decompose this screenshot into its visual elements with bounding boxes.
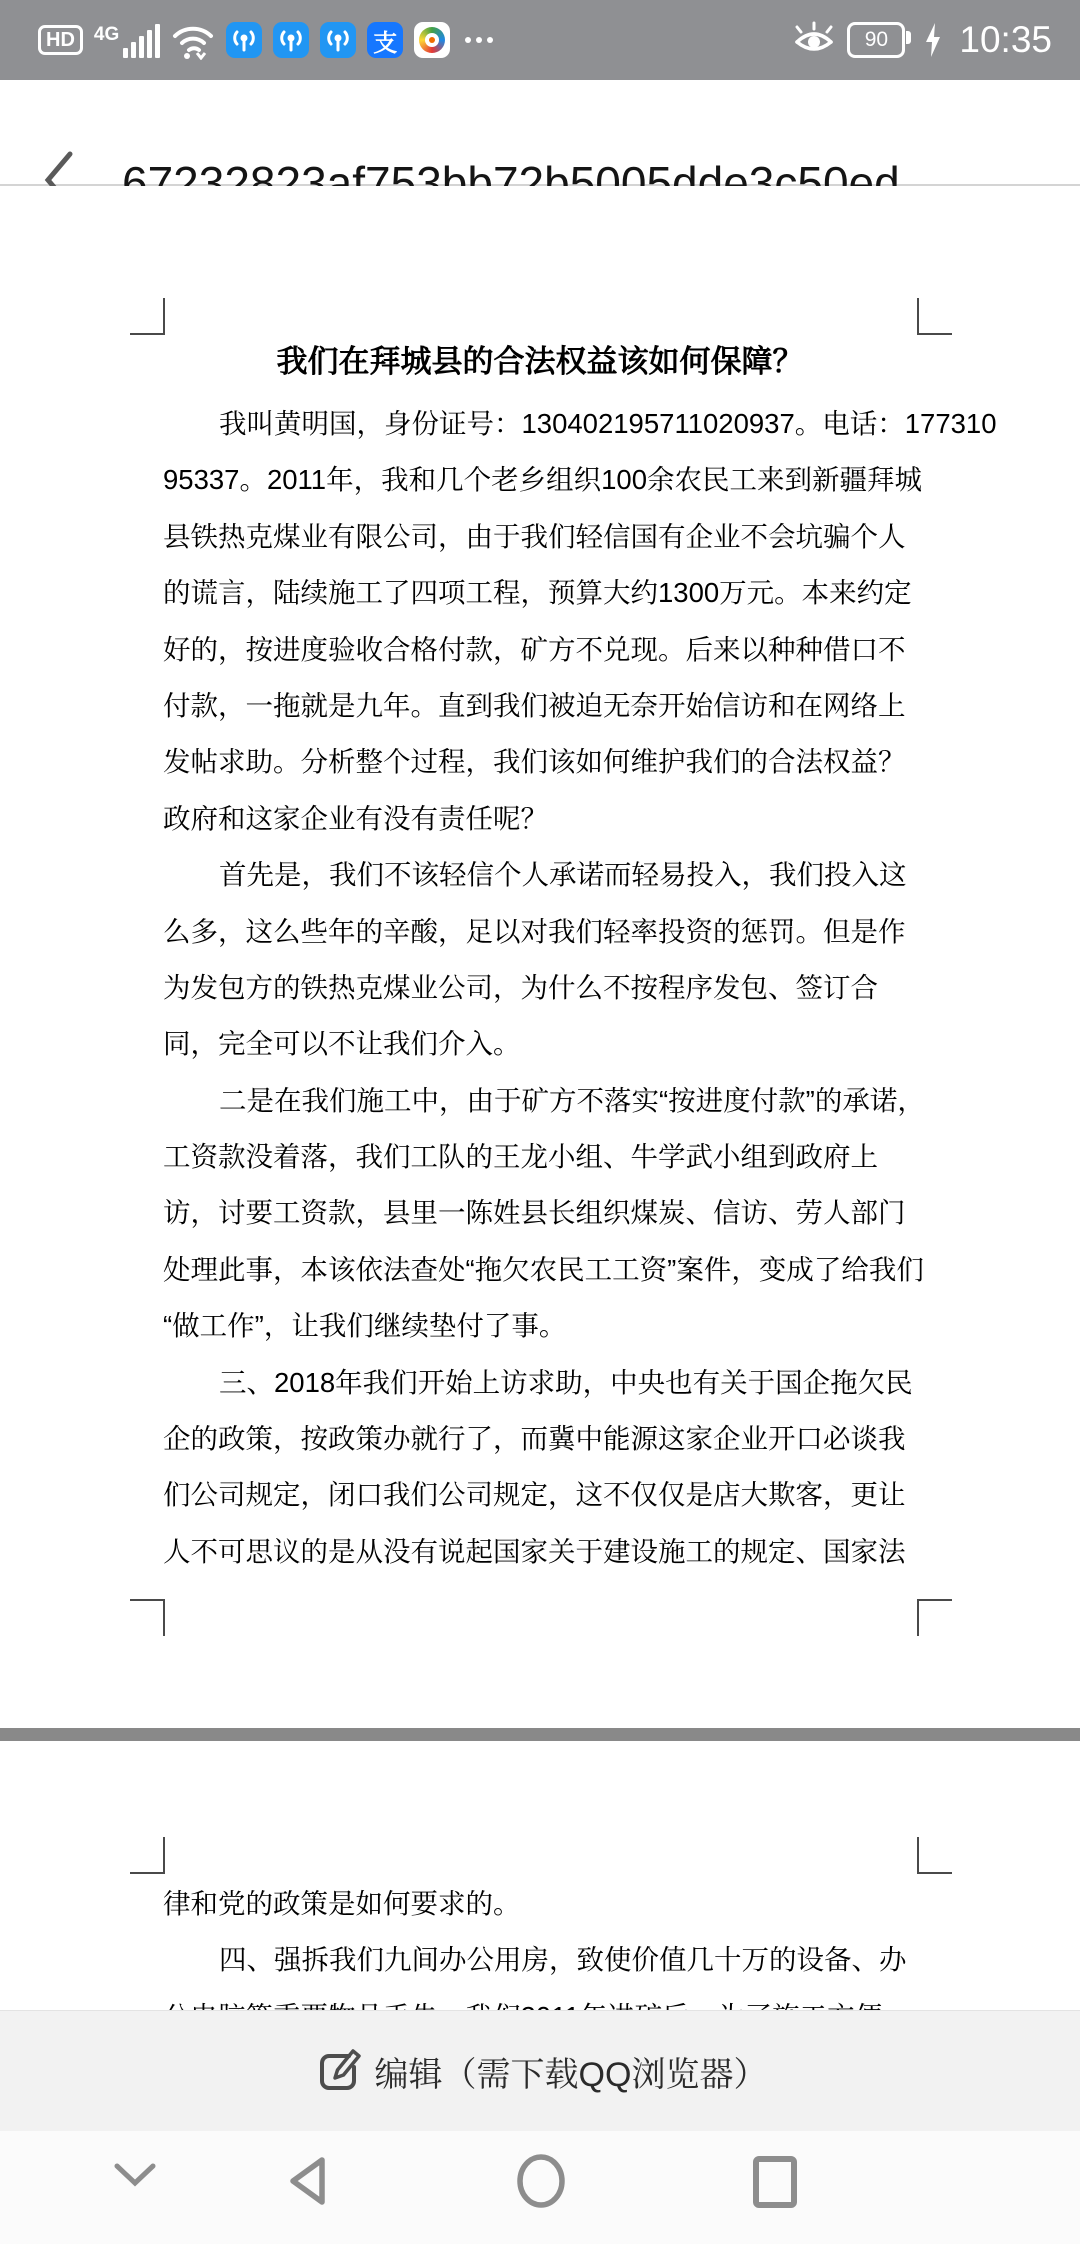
crop-mark xyxy=(917,1599,952,1636)
hotspot-icon xyxy=(226,22,262,58)
eye-protection-icon xyxy=(791,20,837,60)
document-title: 我们在拜城县的合法权益该如何保障？ xyxy=(163,336,917,381)
charging-bolt-icon xyxy=(923,22,943,58)
status-bar-right: 90 10:35 xyxy=(791,19,1080,61)
crop-mark xyxy=(917,298,952,335)
hotspot-icon xyxy=(320,22,356,58)
battery-level: 90 xyxy=(865,28,888,52)
back-triangle-icon[interactable] xyxy=(284,2153,332,2209)
document-line: 么多，这么些年的辛酸，足以对我们轻率投资的惩罚。但是作 xyxy=(163,904,923,960)
document-line: 处理此事，本该依法查处“拖欠农民工工资”案件，变成了给我们 xyxy=(163,1242,923,1298)
home-circle-icon[interactable] xyxy=(514,2153,568,2209)
wifi-icon xyxy=(171,20,215,60)
document-line: 发帖求助。分析整个过程，我们该如何维护我们的合法权益？ xyxy=(163,734,923,790)
phone-screen: HD 4G xyxy=(0,0,1080,2244)
document-line: 我叫黄明国，身份证号：130402195711020937。电话：177310 xyxy=(163,396,923,452)
page1-body: 我叫黄明国，身份证号：130402195711020937。电话：1773109… xyxy=(163,396,923,1580)
alipay-icon: 支 xyxy=(367,22,403,58)
document-line: 三、2018年我们开始上访求助，中央也有关于国企拖欠民 xyxy=(163,1355,923,1411)
page-separator xyxy=(0,1728,1080,1741)
document-line: 95337。2011年，我和几个老乡组织100余农民工来到新疆拜城 xyxy=(163,452,923,508)
edit-toolbar[interactable]: 编辑（需下载QQ浏览器） xyxy=(0,2010,1080,2132)
hotspot-icon xyxy=(273,22,309,58)
signal-bars-icon: 4G xyxy=(94,22,160,58)
document-line: 的谎言，陆续施工了四项工程，预算大约1300万元。本来约定 xyxy=(163,565,923,621)
document-line: 县铁热克煤业有限公司，由于我们轻信国有企业不会坑骗个人 xyxy=(163,509,923,565)
document-line: 人不可思议的是从没有说起国家关于建设施工的规定、国家法 xyxy=(163,1524,923,1580)
document-line: “做工作”，让我们继续垫付了事。 xyxy=(163,1298,923,1354)
document-line: 二是在我们施工中，由于矿方不落实“按进度付款”的承诺， xyxy=(163,1073,923,1129)
document-line: 企的政策，按政策办就行了，而冀中能源这家企业开口必谈我 xyxy=(163,1411,923,1467)
document-line: 四、强拆我们九间办公用房，致使价值几十万的设备、办 xyxy=(163,1932,923,1988)
hide-navbar-chevron-icon[interactable] xyxy=(112,2161,158,2189)
qq-browser-icon xyxy=(414,22,450,58)
status-bar: HD 4G xyxy=(0,0,1080,80)
document-line: 为发包方的铁热克煤业公司，为什么不按程序发包、签订合 xyxy=(163,960,923,1016)
battery-icon: 90 xyxy=(847,22,905,58)
status-bar-left: HD 4G xyxy=(0,20,493,60)
document-line: 访，讨要工资款，县里一陈姓县长组织煤炭、信访、劳人部门 xyxy=(163,1185,923,1241)
status-time: 10:35 xyxy=(959,19,1052,61)
document-line: 律和党的政策是如何要求的。 xyxy=(163,1876,923,1932)
network-type-label: 4G xyxy=(94,25,119,44)
edit-compose-icon xyxy=(313,2046,365,2098)
document-line: 付款，一拖就是九年。直到我们被迫无奈开始信访和在网络上 xyxy=(163,678,923,734)
document-line: 们公司规定，闭口我们公司规定，这不仅仅是店大欺客，更让 xyxy=(163,1467,923,1523)
crop-mark xyxy=(130,1837,165,1874)
app-header: 67232823af753bb72b5005dde3c50ed... QQ浏览器… xyxy=(0,80,1080,186)
document-line: 工资款没着落，我们工队的王龙小组、牛学武小组到政府上 xyxy=(163,1129,923,1185)
document-line: 政府和这家企业有没有责任呢？ xyxy=(163,791,923,847)
more-dots-icon xyxy=(465,37,493,43)
document-line: 首先是，我们不该轻信个人承诺而轻易投入，我们投入这 xyxy=(163,847,923,903)
recents-square-icon[interactable] xyxy=(752,2155,798,2209)
document-line: 好的，按进度验收合格付款，矿方不兑现。后来以种种借口不 xyxy=(163,622,923,678)
document-viewer[interactable]: 我们在拜城县的合法权益该如何保障？ 我叫黄明国，身份证号：13040219571… xyxy=(0,186,1080,2132)
crop-mark xyxy=(917,1837,952,1874)
document-line: 同，完全可以不让我们介入。 xyxy=(163,1016,923,1072)
hd-badge: HD xyxy=(38,25,83,55)
crop-mark xyxy=(130,298,165,335)
navigation-bar xyxy=(0,2131,1080,2244)
edit-button-label: 编辑（需下载QQ浏览器） xyxy=(375,2047,768,2096)
crop-mark xyxy=(130,1599,165,1636)
